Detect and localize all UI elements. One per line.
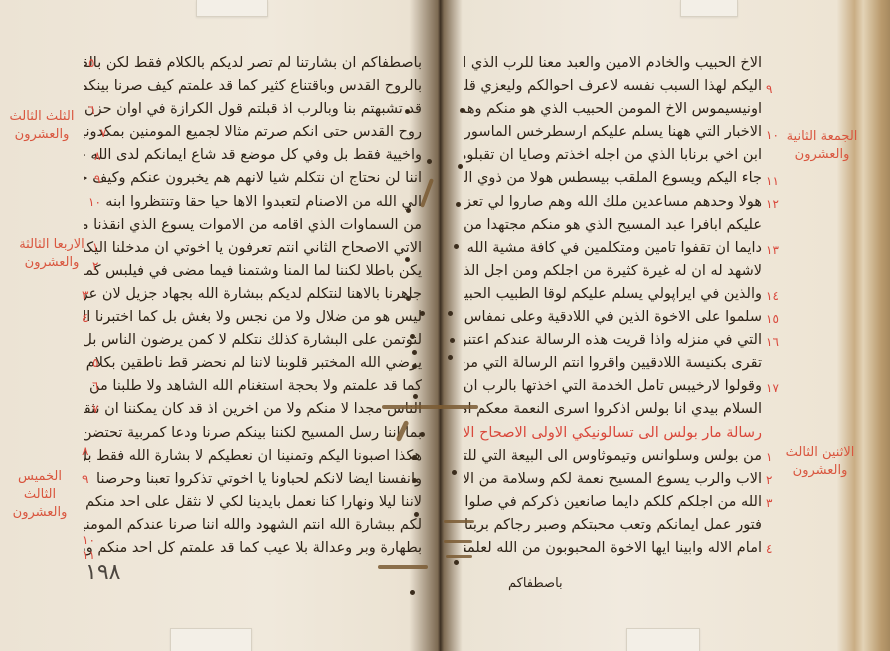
bottom-paper-tab [170, 628, 252, 651]
text-line: جاهرنا بالاهنا لنتكلم لديكم ببشارة الله … [84, 283, 422, 306]
text-line: باصطفاكم ان بشارتنا لم تصر لديكم بالكلام… [84, 52, 422, 75]
text-line: روح القدس حتى انكم صرتم مثالا لجميع المو… [84, 121, 422, 144]
ink-stain [444, 540, 472, 543]
verse-number: ١٠ [88, 195, 101, 209]
verse-number: ٨ [94, 149, 100, 163]
rubric-heading: رسالة مار بولس الى تسالونيكي الاولى الاص… [464, 422, 762, 445]
text-line: سلموا على الاخوة الذين في اللادقية وعلى … [464, 306, 762, 329]
folio-number: ١٩٨ [85, 560, 120, 585]
text-line: امام الاله وابينا ايها الاخوة المحبوبون … [464, 537, 762, 560]
wormhole [410, 590, 415, 595]
verse-number: ٩ [82, 472, 88, 486]
manuscript-spread: باصطفاكم ان بشارتنا لم تصر لديكم بالكلام… [0, 0, 890, 651]
wormhole [413, 394, 418, 399]
right-page: الاخ الحبيب والخادم الامين والعبد معنا ل… [444, 0, 890, 651]
text-line: الاخبار التي ههنا يسلم عليكم ارسطرخس الم… [464, 121, 762, 144]
verse-number: ١٥ [766, 312, 779, 326]
verse-number: ٣ [82, 288, 88, 302]
text-line: الي الله من الاصنام لتعبدوا الاها حيا حق… [84, 191, 422, 214]
verse-number: ١٦ [766, 335, 779, 349]
verse-number: ١٧ [766, 381, 779, 395]
wormhole [412, 364, 417, 369]
margin-note-lection: الاثنين الثالث والعشرون [782, 444, 858, 480]
wormhole [412, 478, 417, 483]
verse-number: ٢ [766, 473, 772, 487]
text-line: ابن اخي برنابا الذي من اجله اخذتم وصايا … [464, 144, 762, 167]
margin-note-lection: الخميس الثالث والعشرون [2, 468, 78, 522]
wormhole [452, 470, 457, 475]
verse-number: ٩ [766, 82, 772, 96]
text-line: والذين في ايراپولي يسلم عليكم لوقا الطبي… [464, 283, 762, 306]
text-line: اننا لن نحتاج ان نتكلم شيا لانهم هم يخبر… [84, 167, 422, 190]
wormhole [412, 350, 417, 355]
text-line: جاء اليكم ويسوع الملقب بيسطس هولا من ذوي… [464, 167, 762, 190]
wormhole [420, 311, 425, 316]
verse-number: ٤ [82, 311, 88, 325]
wormhole [406, 296, 411, 301]
top-paper-tab [680, 0, 738, 17]
margin-note-lection: الاربعا الثالثة والعشرون [14, 236, 90, 272]
text-line: السلام بيدي انا بولس اذكروا اسرى النعمة … [464, 398, 762, 421]
text-line: التي في منزله واذا قريت هذه الرسالة عندك… [464, 329, 762, 352]
left-text-block: باصطفاكم ان بشارتنا لم تصر لديكم بالكلام… [84, 52, 422, 560]
text-line: هولا وحدهم مساعدين ملك الله وهم صاروا لي… [464, 191, 762, 214]
text-line: اليكم لهذا السبب نفسه لاعرف احوالكم وليع… [464, 75, 762, 98]
text-line: لاننا ليلا ونهارا كنا نعمل بايدينا لكي ل… [84, 491, 422, 514]
wormhole [448, 355, 453, 360]
wormhole [454, 560, 459, 565]
text-line: الناس مجدا لا منكم ولا من اخرين اذ قد كا… [84, 398, 422, 421]
text-line: من السماوات الذي اقامه من الاموات يسوع ا… [84, 214, 422, 237]
verse-number: ٨ [82, 444, 88, 458]
verse-number: ٧ [100, 126, 106, 140]
ink-stain [446, 555, 472, 558]
verse-number: ١٣ [766, 243, 779, 257]
ink-stain [444, 520, 474, 523]
verse-number: ١ [92, 240, 98, 254]
text-line: لاشهد له ان له غيرة كثيرة من اجلكم ومن ا… [464, 260, 762, 283]
text-line: هكذا اصبونا اليكم وتمنينا ان نعطيكم لا ب… [84, 445, 422, 468]
text-line: ليس هو من ضلال ولا من نجس ولا بغش بل كما… [84, 306, 422, 329]
text-line: وقولوا لارخيبس تامل الخدمة التي اخذتها ب… [464, 375, 762, 398]
verse-number: ٦ [88, 103, 94, 117]
wormhole [450, 338, 455, 343]
text-line: تقرى بكنيسة اللادقيين واقروا انتم الرسال… [464, 352, 762, 375]
margin-note-lection: الجمعة الثانية والعشرون [784, 128, 860, 164]
text-line: دايما ان تقفوا تامين ومتكلمين في كافة مش… [464, 237, 762, 260]
wormhole [427, 159, 432, 164]
text-line: لنوتمن على البشارة كذلك نتكلم لا كمن يرض… [84, 329, 422, 352]
verse-number: ٣ [766, 496, 772, 510]
text-line: بالروح القدس وباقتناع كثير كما قد علمتم … [84, 75, 422, 98]
verse-number: ١٠ [82, 533, 95, 547]
text-line: وانفسنا ايضا لانكم لحباونا يا اخوتي تذكر… [84, 468, 422, 491]
wormhole [458, 164, 463, 169]
wormhole [460, 108, 465, 113]
text-line: يكن باطلا لكننا لما المنا وشتمنا فيما مض… [84, 260, 422, 283]
wormhole [456, 202, 461, 207]
ink-stain [420, 178, 434, 208]
wormhole [412, 455, 417, 460]
bottom-paper-tab [626, 628, 700, 651]
wormhole [448, 311, 453, 316]
verse-number: ٢ [92, 259, 98, 273]
text-line: اونيسيموس الاخ المومن الحبيب الذي هو منك… [464, 98, 762, 121]
verse-number: ١٤ [766, 289, 779, 303]
verse-number: ٤ [766, 542, 772, 556]
margin-note-lection: الثلث الثالث والعشرون [4, 108, 80, 144]
ink-stain [382, 405, 442, 409]
verse-number: ٦ [92, 379, 98, 393]
verse-number: ١٠ [766, 128, 779, 142]
wormhole [406, 208, 411, 213]
wormhole [414, 512, 419, 517]
text-line: واخيية فقط بل وفي كل موضع قد شاع ايمانكم… [84, 144, 422, 167]
left-page: باصطفاكم ان بشارتنا لم تصر لديكم بالكلام… [0, 0, 438, 651]
catchword: باصطفاكم [508, 576, 563, 591]
wormhole [405, 109, 410, 114]
wormhole [420, 432, 425, 437]
text-line: بطهارة وبر وعدالة بلا عيب كما قد علمتم ك… [84, 537, 422, 560]
verse-number: ١١ [766, 174, 779, 188]
right-text-block: الاخ الحبيب والخادم الامين والعبد معنا ل… [464, 52, 762, 560]
text-line: الله من اجلكم كلكم دايما صانعين ذكركم في… [464, 491, 762, 514]
ink-stain [438, 405, 478, 409]
verse-number: ٥ [88, 56, 94, 70]
verse-number: ١٢ [766, 197, 779, 211]
verse-number: ٥ [92, 356, 98, 370]
top-paper-tab [196, 0, 268, 17]
verse-number: ٩ [94, 172, 100, 186]
text-line: قد تشبهتم بنا وبالرب اذ قبلتم قول الكراز… [84, 98, 422, 121]
ink-stain [378, 565, 428, 569]
text-line: عليكم ابافرا عبد المسيح الذي هو منكم مجت… [464, 214, 762, 237]
text-line: بما اننا رسل المسيح لكننا بينكم صرنا ودع… [84, 422, 422, 445]
wormhole [454, 244, 459, 249]
text-line: الاب والرب يسوع المسيح نعمة لكم وسلامة م… [464, 468, 762, 491]
wormhole [405, 257, 410, 262]
text-line: الاخ الحبيب والخادم الامين والعبد معنا ل… [464, 52, 762, 75]
text-line: يرضي الله المختبر قلوبنا لاننا لم نحضر ق… [84, 352, 422, 375]
text-line: الاتي الاصحاح الثاني انتم تعرفون يا اخوت… [84, 237, 422, 260]
verse-number: ١ [766, 450, 772, 464]
text-line: لكم ببشارة الله انتم الشهود والله اننا ص… [84, 514, 422, 537]
text-line: من بولس وسلوانس وتيموثاوس الى البيعة الت… [464, 445, 762, 468]
text-line: فتور عمل ايمانكم وتعب محبتكم وصبر رجاكم … [464, 514, 762, 537]
wormhole [410, 334, 415, 339]
verse-number: ٧ [92, 402, 98, 416]
text-line: كما قد علمتم ولا بحجة استغنام الله الشاه… [84, 375, 422, 398]
